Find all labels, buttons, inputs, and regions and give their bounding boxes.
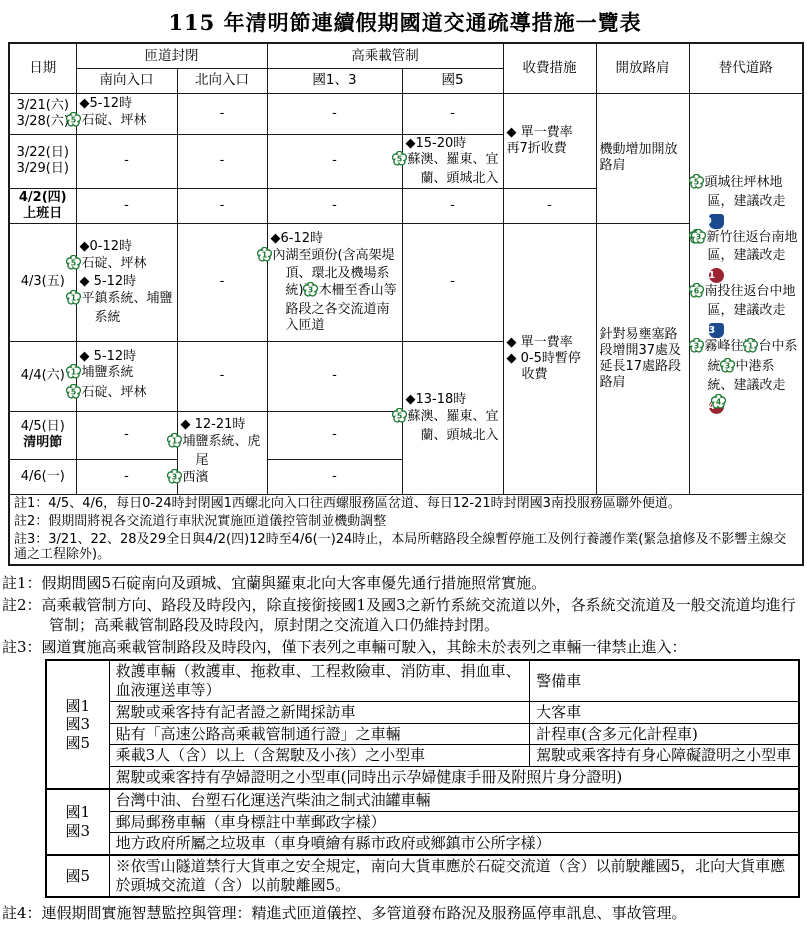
vehicle-cell-pregnant: 駕駛或乘客持有孕婦證明之小型車(同時出示孕婦健康手冊及附照片身分證明): [109, 767, 798, 789]
cell-toll-r3: -: [503, 189, 596, 224]
svg-text:1: 1: [261, 250, 266, 259]
svg-text:5: 5: [693, 177, 698, 186]
cell-south-r1: ◆5-12時5石碇、坪林: [76, 93, 177, 134]
table-footnote-row: 註1：4/5、4/6，每日0-24時封閉國1西螺北向入口往西螺服務區岔道、每日1…: [9, 494, 803, 512]
vehicle-cell: 地方政府所屬之垃圾車（車身噴繪有縣市政府或鄉鎮市公所字樣）: [109, 833, 798, 855]
measures-table: 日期 匝道封閉 高乘載管制 收費措施 開放路肩 替代道路 南向入口 北向入口 國…: [8, 42, 804, 566]
table-footnote-row: 註3：3/21、22、28及29全日與4/2(四)12時至4/6(一)24時止，…: [9, 531, 803, 566]
cell-n5-r1: -: [402, 93, 503, 134]
cell-shoulder-r1r3: 機動增加開放路肩: [596, 93, 689, 223]
vehicle-cell: 乘載3人（含）以上（含駕駛及小孩）之小型車: [109, 745, 530, 767]
svg-text:3: 3: [171, 472, 176, 481]
header-north-entrance: 北向入口: [177, 68, 267, 93]
header-ramp-closure: 匝道封閉: [76, 43, 267, 68]
table-row: 駕駛或乘客持有記者證之新聞採訪車 大客車: [47, 701, 798, 723]
vehicles-section-n1n3n5: 國1國3國5 救護車輛（救護車、拖救車、工程救險車、消防車、捐血車、血液運送車等…: [47, 661, 798, 790]
table-row: 國1國3國5 救護車輛（救護車、拖救車、工程救險車、消防車、捐血車、血液運送車等…: [47, 661, 798, 701]
header-hov-control: 高乘載管制: [267, 43, 503, 68]
vehicle-cell: 駕駛或乘客持有身心障礙證明之小型車: [530, 745, 798, 767]
cell-n13-r6: -: [267, 411, 402, 459]
svg-text:6: 6: [693, 287, 699, 296]
cell-north-r1: -: [177, 93, 267, 134]
section-label-n1n3n5: 國1國3國5: [47, 661, 109, 789]
table-row: 駕駛或乘客持有孕婦證明之小型車(同時出示孕婦健康手冊及附照片身分證明): [47, 767, 798, 789]
vehicle-cell: 貼有「高速公路高乘載管制通行證」之車輛: [109, 723, 530, 745]
route-shield-icon: 63: [709, 323, 724, 338]
vehicle-cell: 警備車: [530, 661, 798, 701]
svg-text:5: 5: [70, 115, 75, 124]
table-row: 4/3(五) ◆0-12時5石碇、坪林◆ 5-12時1平鎮系統、埔鹽系統 - ◆…: [9, 223, 803, 341]
header-date: 日期: [9, 43, 76, 93]
svg-text:3: 3: [724, 361, 729, 370]
cell-n5-r3: -: [402, 189, 503, 224]
table-footnote-2: 註2：假期間將視各交流道行車狀況實施匝道儀控管制並機動調整: [9, 513, 803, 531]
cell-south-r4: ◆0-12時5石碇、坪林◆ 5-12時1平鎮系統、埔鹽系統: [76, 223, 177, 341]
cell-date-r4: 4/3(五): [9, 223, 76, 341]
svg-text:1: 1: [70, 368, 75, 377]
cell-north-r6r7: ◆ 12-21時1埔鹽系統、虎尾3西濱: [177, 411, 267, 494]
cell-date-r7: 4/6(一): [9, 459, 76, 494]
date-text: 4/5(日): [21, 419, 65, 434]
cell-north-r5: -: [177, 341, 267, 411]
section-label-n5: 國5: [47, 856, 109, 896]
header-n1-3: 國1、3: [267, 68, 402, 93]
table-row: 國5 ※依雪山隧道禁行大貨車之安全規定，南向大貨車應於石碇交流道（含）以前駛離國…: [47, 856, 798, 896]
table-footnote-1: 註1：4/5、4/6，每日0-24時封閉國1西螺北向入口往西螺服務區岔道、每日1…: [9, 494, 803, 512]
table-footnote-3: 註3：3/21、22、28及29全日與4/2(四)12時至4/6(一)24時止，…: [9, 531, 803, 566]
svg-text:5: 5: [70, 388, 75, 397]
cell-toll-r4r7: ◆ 單一費率◆ 0-5時暫停收費: [503, 223, 596, 494]
header-shoulder: 開放路肩: [596, 43, 689, 93]
cell-south-r7: -: [76, 459, 177, 494]
vehicle-cell: 大客車: [530, 701, 798, 723]
svg-text:4: 4: [715, 397, 721, 406]
page-title: 115 年清明節連續假期國道交通疏導措施一覽表: [0, 7, 810, 37]
route-shield-icon: 61: [709, 268, 724, 283]
vehicles-section-n1n3: 國1國3 台灣中油、台塑石化運送汽柴油之制式油罐車輛 郵局郵務車輛（車身標註中華…: [47, 790, 798, 856]
holiday-label: 清明節: [23, 435, 62, 450]
vehicle-cell-truck-rule: ※依雪山隧道禁行大貨車之安全規定，南向大貨車應於石碇交流道（含）以前駛離國5，北…: [109, 856, 798, 896]
note-3: 註3：國道實施高乘載管制路段及時段內，僅下表列之車輛可駛入，其餘未於表列之車輛一…: [2, 638, 808, 658]
vehicle-cell: 駕駛或乘客持有記者證之新聞採訪車: [109, 701, 530, 723]
cell-north-r2: -: [177, 134, 267, 189]
vehicle-cell: 計程車(含多元化計程車): [530, 723, 798, 745]
cell-n13-r2: -: [267, 134, 402, 189]
header-n5: 國5: [402, 68, 503, 93]
cell-n5-r2: ◆15-20時5蘇澳、羅東、宜蘭、頭城北入: [402, 134, 503, 189]
cell-n13-r1: -: [267, 93, 402, 134]
cell-n13-r7: -: [267, 459, 402, 494]
header-south-entrance: 南向入口: [76, 68, 177, 93]
svg-text:3: 3: [307, 286, 312, 295]
cell-n13-r3: -: [267, 189, 402, 224]
svg-text:3: 3: [693, 341, 698, 350]
cell-n13-r5: -: [267, 341, 402, 411]
cell-alt-roads: ◆5頭城往坪林地區，建議改走9◆13新竹往返台南地區，建議改走61◆6南投往返台…: [689, 93, 803, 494]
cell-north-r3: -: [177, 189, 267, 224]
header-alt-roads: 替代道路: [689, 43, 803, 93]
note-2: 註2：高乘載管制方向、路段及時段內，除直接銜接國1及國3之新竹系統交流道以外，各…: [2, 596, 808, 636]
table-row: 乘載3人（含）以上（含駕駛及小孩）之小型車 駕駛或乘客持有身心障礙證明之小型車: [47, 745, 798, 767]
cell-north-r4: -: [177, 223, 267, 341]
cell-south-r2: -: [76, 134, 177, 189]
header-toll: 收費措施: [503, 43, 596, 93]
vehicles-section-n5: 國5 ※依雪山隧道禁行大貨車之安全規定，南向大貨車應於石碇交流道（含）以前駛離國…: [47, 856, 798, 896]
cell-date-r3: 4/2(四)上班日: [9, 189, 76, 224]
note-1: 註1：假期間國5石碇南向及頭城、宜蘭與羅東北向大客車優先通行措施照常實施。: [2, 574, 808, 594]
table-row: 地方政府所屬之垃圾車（車身噴繪有縣市政府或鄉鎮市公所字樣）: [47, 833, 798, 855]
cell-date-r6: 4/5(日) 清明節: [9, 411, 76, 459]
cell-n13-r4: ◆6-12時1內湖至頭份(含高架堤頂、環北及機場系統)及3木柵至香山等路段之各交…: [267, 223, 402, 341]
allowed-vehicles-table: 國1國3國5 救護車輛（救護車、拖救車、工程救險車、消防車、捐血車、血液運送車等…: [45, 659, 800, 897]
cell-toll-r1r2: ◆ 單一費率再7折收費: [503, 93, 596, 189]
cell-date-r2: 3/22(日)3/29(日): [9, 134, 76, 189]
table-row: 國1國3 台灣中油、台塑石化運送汽柴油之制式油罐車輛: [47, 790, 798, 811]
section-label-n1n3: 國1國3: [47, 790, 109, 855]
cell-south-r3: -: [76, 189, 177, 224]
cell-n5-r5r7: ◆13-18時5蘇澳、羅東、宜蘭、頭城北入: [402, 341, 503, 494]
vehicle-cell: 救護車輛（救護車、拖救車、工程救險車、消防車、捐血車、血液運送車等）: [109, 661, 530, 701]
cell-n5-r4: -: [402, 223, 503, 341]
svg-text:5: 5: [396, 155, 401, 164]
note-4: 註4：連假期間實施智慧監控與管理：精進式匝道儀控、多管道發布路況及服務區停車訊息…: [2, 902, 808, 923]
vehicle-cell: 台灣中油、台塑石化運送汽柴油之制式油罐車輛: [109, 790, 798, 811]
cell-south-r6: -: [76, 411, 177, 459]
cell-shoulder-r4r7: 針對易壅塞路段增開37處及延長17處路段路肩: [596, 223, 689, 494]
page: 115 年清明節連續假期國道交通疏導措施一覽表 日期 匝道封閉 高乘載管制 收費…: [0, 7, 810, 923]
svg-text:1: 1: [70, 294, 75, 303]
table-footnote-row: 註2：假期間將視各交流道行車狀況實施匝道儀控管制並機動調整: [9, 513, 803, 531]
svg-text:5: 5: [396, 411, 401, 420]
svg-text:1: 1: [747, 341, 752, 350]
svg-text:3: 3: [695, 232, 700, 241]
table-row: 貼有「高速公路高乘載管制通行證」之車輛 計程車(含多元化計程車): [47, 723, 798, 745]
route-shield-icon: 9: [709, 214, 724, 229]
table-row: 郵局郵務車輛（車身標註中華郵政字樣）: [47, 811, 798, 833]
svg-text:1: 1: [171, 436, 176, 445]
svg-text:5: 5: [70, 258, 75, 267]
table-row: 3/21(六)3/28(六) ◆5-12時5石碇、坪林 - - - ◆ 單一費率…: [9, 93, 803, 134]
vehicle-cell: 郵局郵務車輛（車身標註中華郵政字樣）: [109, 811, 798, 833]
cell-south-r5: ◆ 5-12時1埔鹽系統5石碇、坪林: [76, 341, 177, 411]
